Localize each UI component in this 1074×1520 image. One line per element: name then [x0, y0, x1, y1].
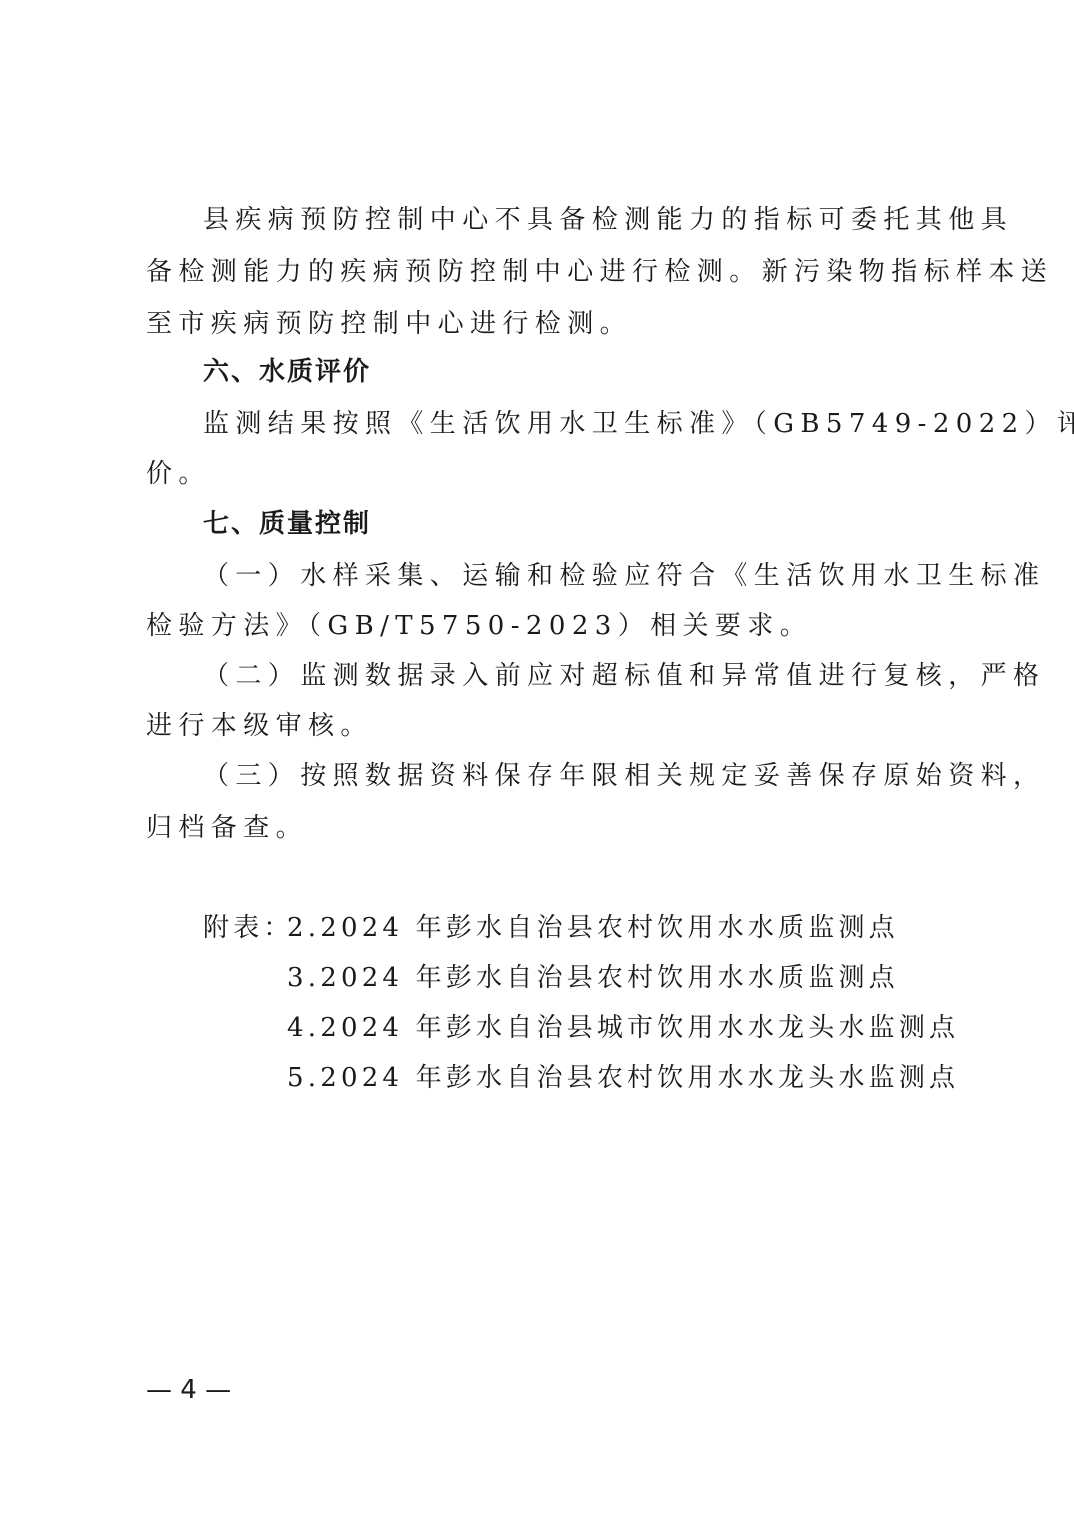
paragraph-line: 检验方法》（GB/T5750-2023）相关要求。: [146, 610, 812, 642]
paragraph-line: 监测结果按照《生活饮用水卫生标准》（GB5749-2022）评: [203, 408, 1074, 440]
section-heading-water-quality-evaluation: 六、水质评价: [203, 356, 371, 388]
paragraph-line: （三）按照数据资料保存年限相关规定妥善保存原始资料，: [203, 760, 1045, 792]
attachment-item: 2.2024 年彭水自治县农村饮用水水质监测点: [287, 912, 899, 944]
attachments-label: 附表：: [203, 912, 294, 944]
section-heading-quality-control: 七、质量控制: [203, 508, 371, 540]
paragraph-line: 至市疾病预防控制中心进行检测。: [146, 308, 632, 340]
page-number: — 4 —: [146, 1374, 231, 1406]
paragraph-line: 备检测能力的疾病预防控制中心进行检测。新污染物指标样本送: [146, 256, 1053, 288]
paragraph-line: 县疾病预防控制中心不具备检测能力的指标可委托其他具: [203, 204, 1013, 236]
attachment-item: 4.2024 年彭水自治县城市饮用水水龙头水监测点: [287, 1012, 959, 1044]
paragraph-line: 归档备查。: [146, 812, 308, 844]
paragraph-line: （二）监测数据录入前应对超标值和异常值进行复核，严格: [203, 660, 1045, 692]
attachment-item: 3.2024 年彭水自治县农村饮用水水质监测点: [287, 962, 899, 994]
paragraph-line: （一）水样采集、运输和检验应符合《生活饮用水卫生标准: [203, 560, 1045, 592]
attachment-item: 5.2024 年彭水自治县农村饮用水水龙头水监测点: [287, 1062, 959, 1094]
paragraph-line: 进行本级审核。: [146, 710, 373, 742]
document-page: 县疾病预防控制中心不具备检测能力的指标可委托其他具 备检测能力的疾病预防控制中心…: [0, 0, 1074, 1520]
paragraph-line: 价。: [146, 458, 211, 490]
